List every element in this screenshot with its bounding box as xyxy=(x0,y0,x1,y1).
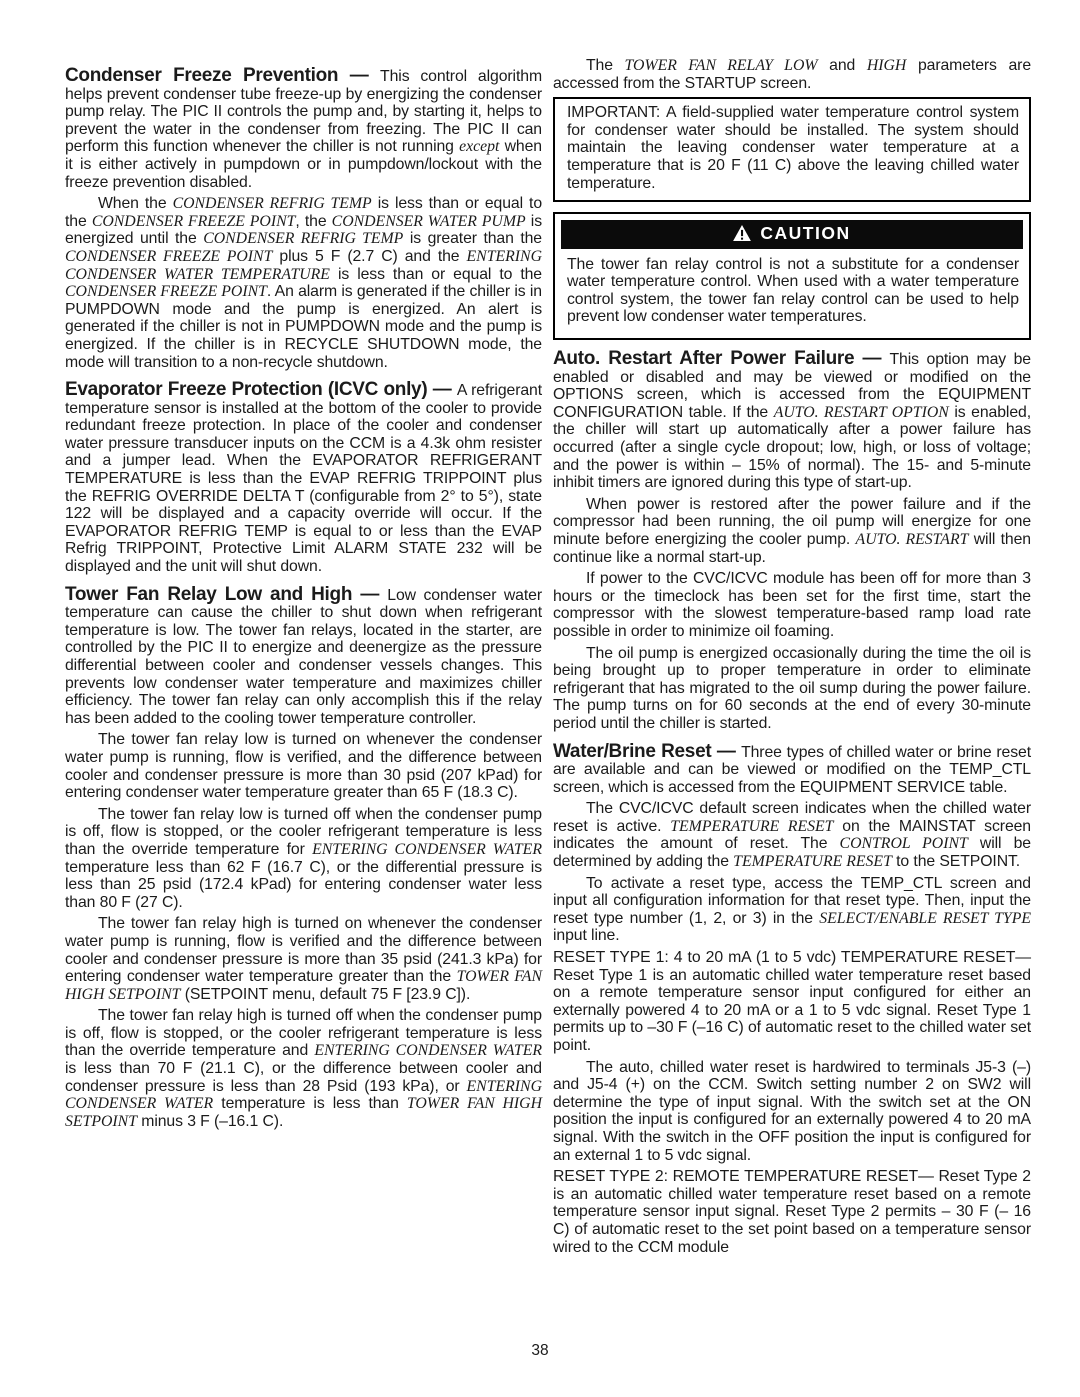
right-column: The TOWER FAN RELAY LOW and HIGH paramet… xyxy=(553,57,1031,1260)
warning-triangle-icon xyxy=(733,223,760,243)
paragraph-reset-type-2: RESET TYPE 2: REMOTE TEMPERATURE RESET— … xyxy=(553,1168,1031,1256)
left-column: Condenser Freeze Prevention — This contr… xyxy=(65,57,542,1134)
paragraph: When power is restored after the power f… xyxy=(553,496,1031,566)
manual-page: Condenser Freeze Prevention — This contr… xyxy=(0,0,1080,1397)
paragraph: The tower fan relay high is turned off w… xyxy=(65,1007,542,1130)
caution-box: CAUTION The tower fan relay control is n… xyxy=(553,212,1031,340)
section-condenser-freeze-prevention: Condenser Freeze Prevention — This contr… xyxy=(65,67,542,191)
important-note-box: IMPORTANT: A field-supplied water temper… xyxy=(553,97,1031,202)
page-number: 38 xyxy=(0,1342,1080,1360)
paragraph: The TOWER FAN RELAY LOW and HIGH paramet… xyxy=(553,57,1031,92)
important-note-text: IMPORTANT: A field-supplied water temper… xyxy=(567,104,1019,191)
section-tower-fan-relay: Tower Fan Relay Low and High — Low conde… xyxy=(65,586,542,728)
section-water-brine-reset: Water/Brine Reset — Three types of chill… xyxy=(553,743,1031,797)
paragraph: The tower fan relay low is turned on whe… xyxy=(65,731,542,801)
paragraph: The oil pump is energized occasionally d… xyxy=(553,645,1031,733)
paragraph: If power to the CVC/ICVC module has been… xyxy=(553,570,1031,640)
paragraph: The tower fan relay low is turned off wh… xyxy=(65,806,542,912)
caution-title: CAUTION xyxy=(760,223,850,243)
paragraph: The tower fan relay high is turned on wh… xyxy=(65,915,542,1003)
section-evaporator-freeze-protection: Evaporator Freeze Protection (ICVC only)… xyxy=(65,381,542,576)
caution-body-text: The tower fan relay control is not a sub… xyxy=(561,249,1023,332)
section-auto-restart: Auto. Restart After Power Failure — This… xyxy=(553,350,1031,492)
paragraph: When the CONDENSER REFRIG TEMP is less t… xyxy=(65,195,542,371)
paragraph: The auto, chilled water reset is hardwir… xyxy=(553,1059,1031,1165)
paragraph: To activate a reset type, access the TEM… xyxy=(553,875,1031,945)
paragraph-reset-type-1: RESET TYPE 1: 4 to 20 mA (1 to 5 vdc) TE… xyxy=(553,949,1031,1055)
paragraph: The CVC/ICVC default screen indicates wh… xyxy=(553,800,1031,870)
caution-header: CAUTION xyxy=(561,220,1023,249)
